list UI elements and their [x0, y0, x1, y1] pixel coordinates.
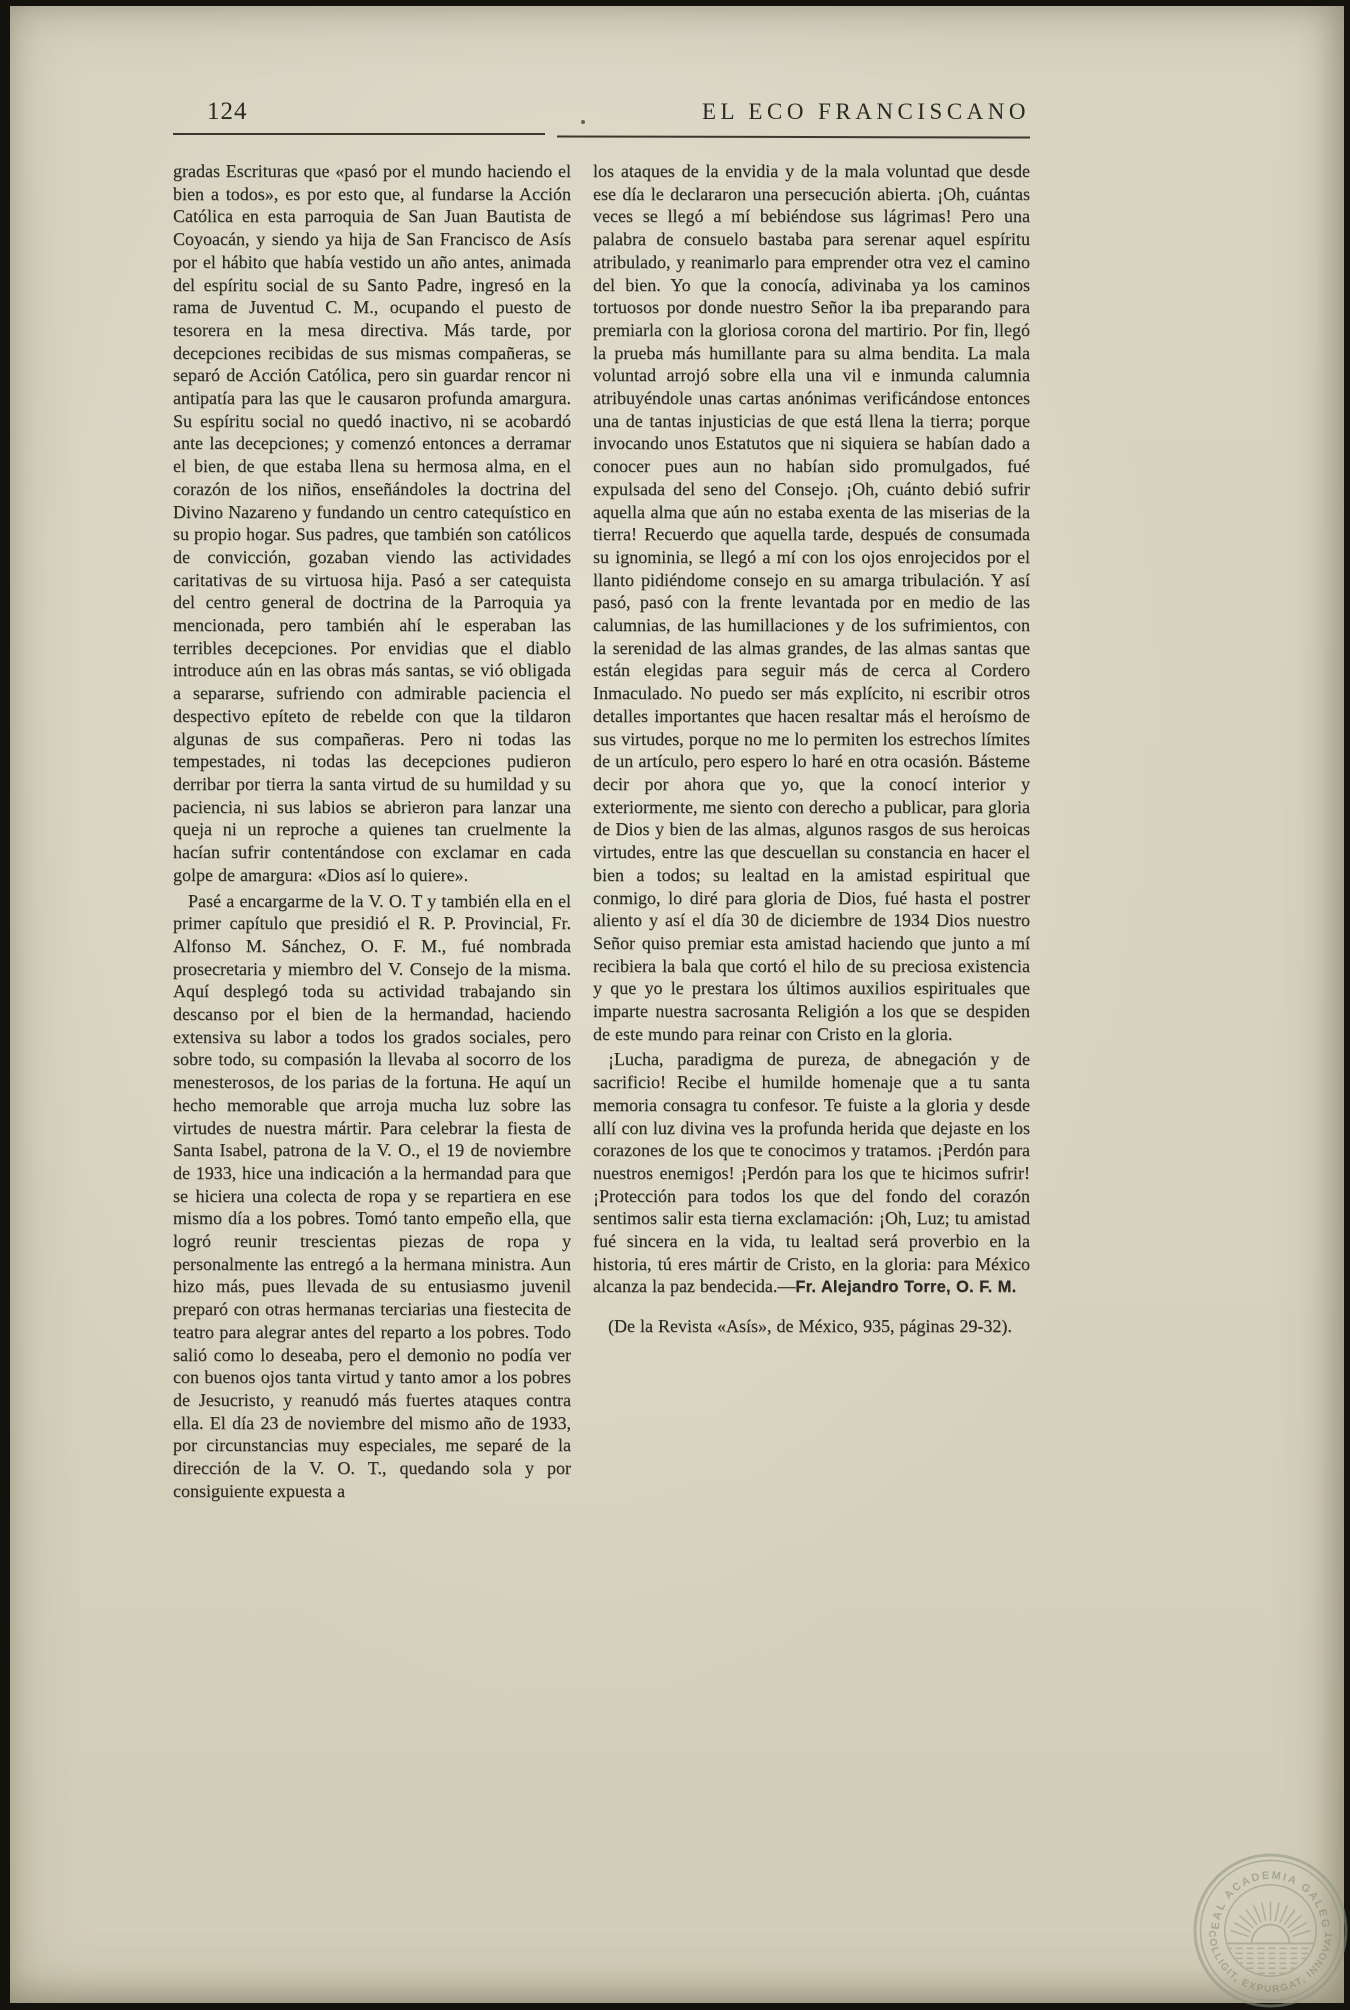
page-header: 124 EL ECO FRANCISCANO [173, 96, 1030, 136]
right-column: los ataques de la envidia y de la mala v… [593, 160, 1030, 1502]
page-number: 124 [207, 98, 248, 126]
page-edge-stack [10, 6, 36, 2003]
sun-disc [1252, 1925, 1290, 1944]
author-signature: Fr. Alejandro Torre, O. F. M. [795, 1278, 1016, 1296]
right-column-paragraph-2: ¡Lucha, paradigma de pureza, de abnegaci… [593, 1048, 1030, 1299]
left-column: gradas Escrituras que «pasó por el mundo… [173, 160, 571, 1502]
header-rule-right [557, 136, 1030, 139]
left-column-paragraph-2: Pasé a encargarme de la V. O. T y tambié… [173, 890, 571, 1503]
sea-lines [1225, 1948, 1316, 1973]
closing-exhortation-text: ¡Lucha, paradigma de pureza, de abnegaci… [593, 1049, 1030, 1296]
source-note: (De la Revista «Asís», de México, 935, p… [593, 1315, 1030, 1338]
page-content: 124 EL ECO FRANCISCANO gradas Escrituras… [173, 96, 1030, 1502]
ink-speck [581, 120, 585, 124]
stamp-inner-ring [1225, 1885, 1316, 1976]
journal-title: EL ECO FRANCISCANO [702, 99, 1030, 125]
scan-background: 124 EL ECO FRANCISCANO gradas Escrituras… [0, 0, 1350, 2010]
sun-rays [1231, 1902, 1310, 1937]
left-column-paragraph-1: gradas Escrituras que «pasó por el mundo… [173, 160, 571, 887]
article-columns: gradas Escrituras que «pasó por el mundo… [173, 160, 1030, 1502]
header-rule-left [173, 133, 545, 135]
right-column-paragraph-1: los ataques de la envidia y de la mala v… [593, 160, 1030, 1045]
library-stamp: REAL ACADEMIA GALEGA COLLIGIT, EXPURGAT,… [1191, 1851, 1350, 2010]
